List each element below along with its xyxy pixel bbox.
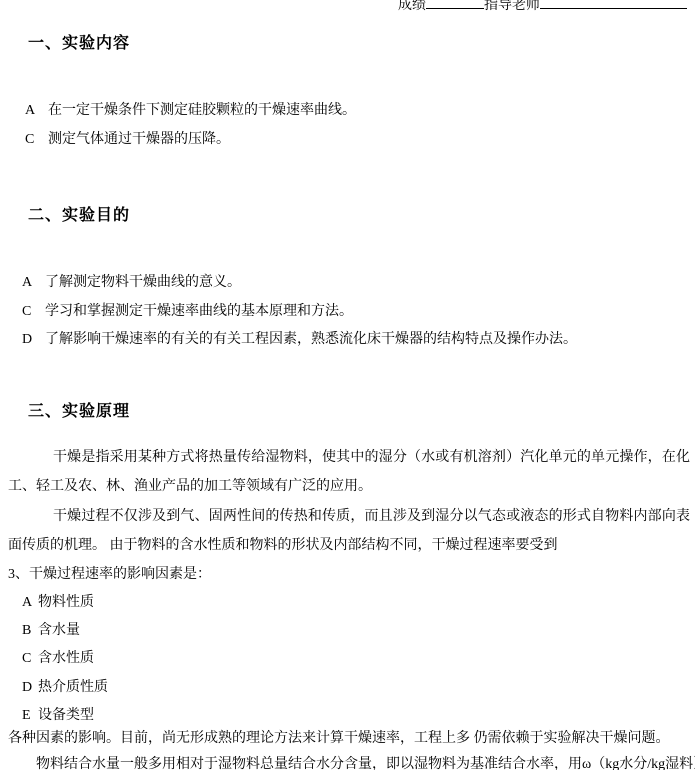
factor-letter: A — [22, 595, 38, 611]
factor-item: D热介质性质 — [22, 680, 108, 696]
document-page: 成绩指导老师 一、实验内容 A在一定干燥条件下测定硅胶颗粒的干燥速率曲线。 C测… — [0, 0, 695, 770]
list-item: D了解影响干燥速率的有关的有关工程因素，熟悉流化床干燥器的结构特点及操作办法。 — [22, 332, 577, 348]
factor-letter: C — [22, 651, 38, 667]
factors-intro: 3、干燥过程速率的影响因素是： — [8, 567, 211, 583]
factor-text: 含水性质 — [38, 651, 94, 666]
item-text: 学习和掌握测定干燥速率曲线的基本原理和方法。 — [45, 304, 353, 319]
factor-item: C含水性质 — [22, 651, 94, 667]
principle-paragraph-2: 干燥过程不仅涉及到气、固两性间的传热和传质，而且涉及到湿分以气态或液态的形式自物… — [8, 502, 690, 560]
item-letter: C — [25, 132, 48, 148]
item-text: 测定气体通过干燥器的压降。 — [48, 132, 230, 147]
clipped-bottom-line: 物料结合水量一般多用相对于湿物料总量结合水分含量，即以湿物料为基准结合水率，用ω… — [8, 757, 695, 770]
item-letter: A — [22, 275, 45, 291]
item-letter: A — [25, 103, 48, 119]
item-letter: D — [22, 332, 45, 348]
principle-paragraph-1: 干燥是指采用某种方式将热量传给湿物料，使其中的湿分（水或有机溶剂）汽化单元的单元… — [8, 443, 690, 501]
list-item: C学习和掌握测定干燥速率曲线的基本原理和方法。 — [22, 304, 353, 320]
list-item: A在一定干燥条件下测定硅胶颗粒的干燥速率曲线。 — [25, 103, 356, 119]
factor-letter: B — [22, 623, 38, 639]
factor-text: 含水量 — [38, 623, 80, 638]
factor-text: 设备类型 — [38, 708, 94, 723]
instructor-blank-underline — [540, 0, 687, 9]
factor-item: B含水量 — [22, 623, 80, 639]
closing-sentence: 各种因素的影响。目前，尚无形成熟的理论方法来计算干燥速率，工程上多 仍需依赖于实… — [8, 731, 670, 747]
list-item: A了解测定物料干燥曲线的意义。 — [22, 275, 241, 291]
factor-letter: E — [22, 708, 38, 724]
factor-item: A物料性质 — [22, 595, 94, 611]
instructor-label: 指导老师 — [484, 0, 540, 13]
factor-text: 热介质性质 — [38, 680, 108, 695]
factor-letter: D — [22, 680, 38, 696]
list-item: C测定气体通过干燥器的压降。 — [25, 132, 230, 148]
item-text: 了解测定物料干燥曲线的意义。 — [45, 275, 241, 290]
factor-text: 物料性质 — [38, 595, 94, 610]
section-2-title: 二、实验目的 — [28, 207, 130, 225]
item-text: 在一定干燥条件下测定硅胶颗粒的干燥速率曲线。 — [48, 103, 356, 118]
grade-blank-underline — [426, 0, 484, 9]
item-letter: C — [22, 304, 45, 320]
factor-item: E设备类型 — [22, 708, 94, 724]
grade-label: 成绩 — [398, 0, 426, 13]
item-text: 了解影响干燥速率的有关的有关工程因素，熟悉流化床干燥器的结构特点及操作办法。 — [45, 332, 577, 347]
section-1-title: 一、实验内容 — [28, 35, 130, 53]
header-blanks-line: 成绩指导老师 — [398, 0, 687, 14]
section-3-title: 三、实验原理 — [28, 403, 130, 421]
